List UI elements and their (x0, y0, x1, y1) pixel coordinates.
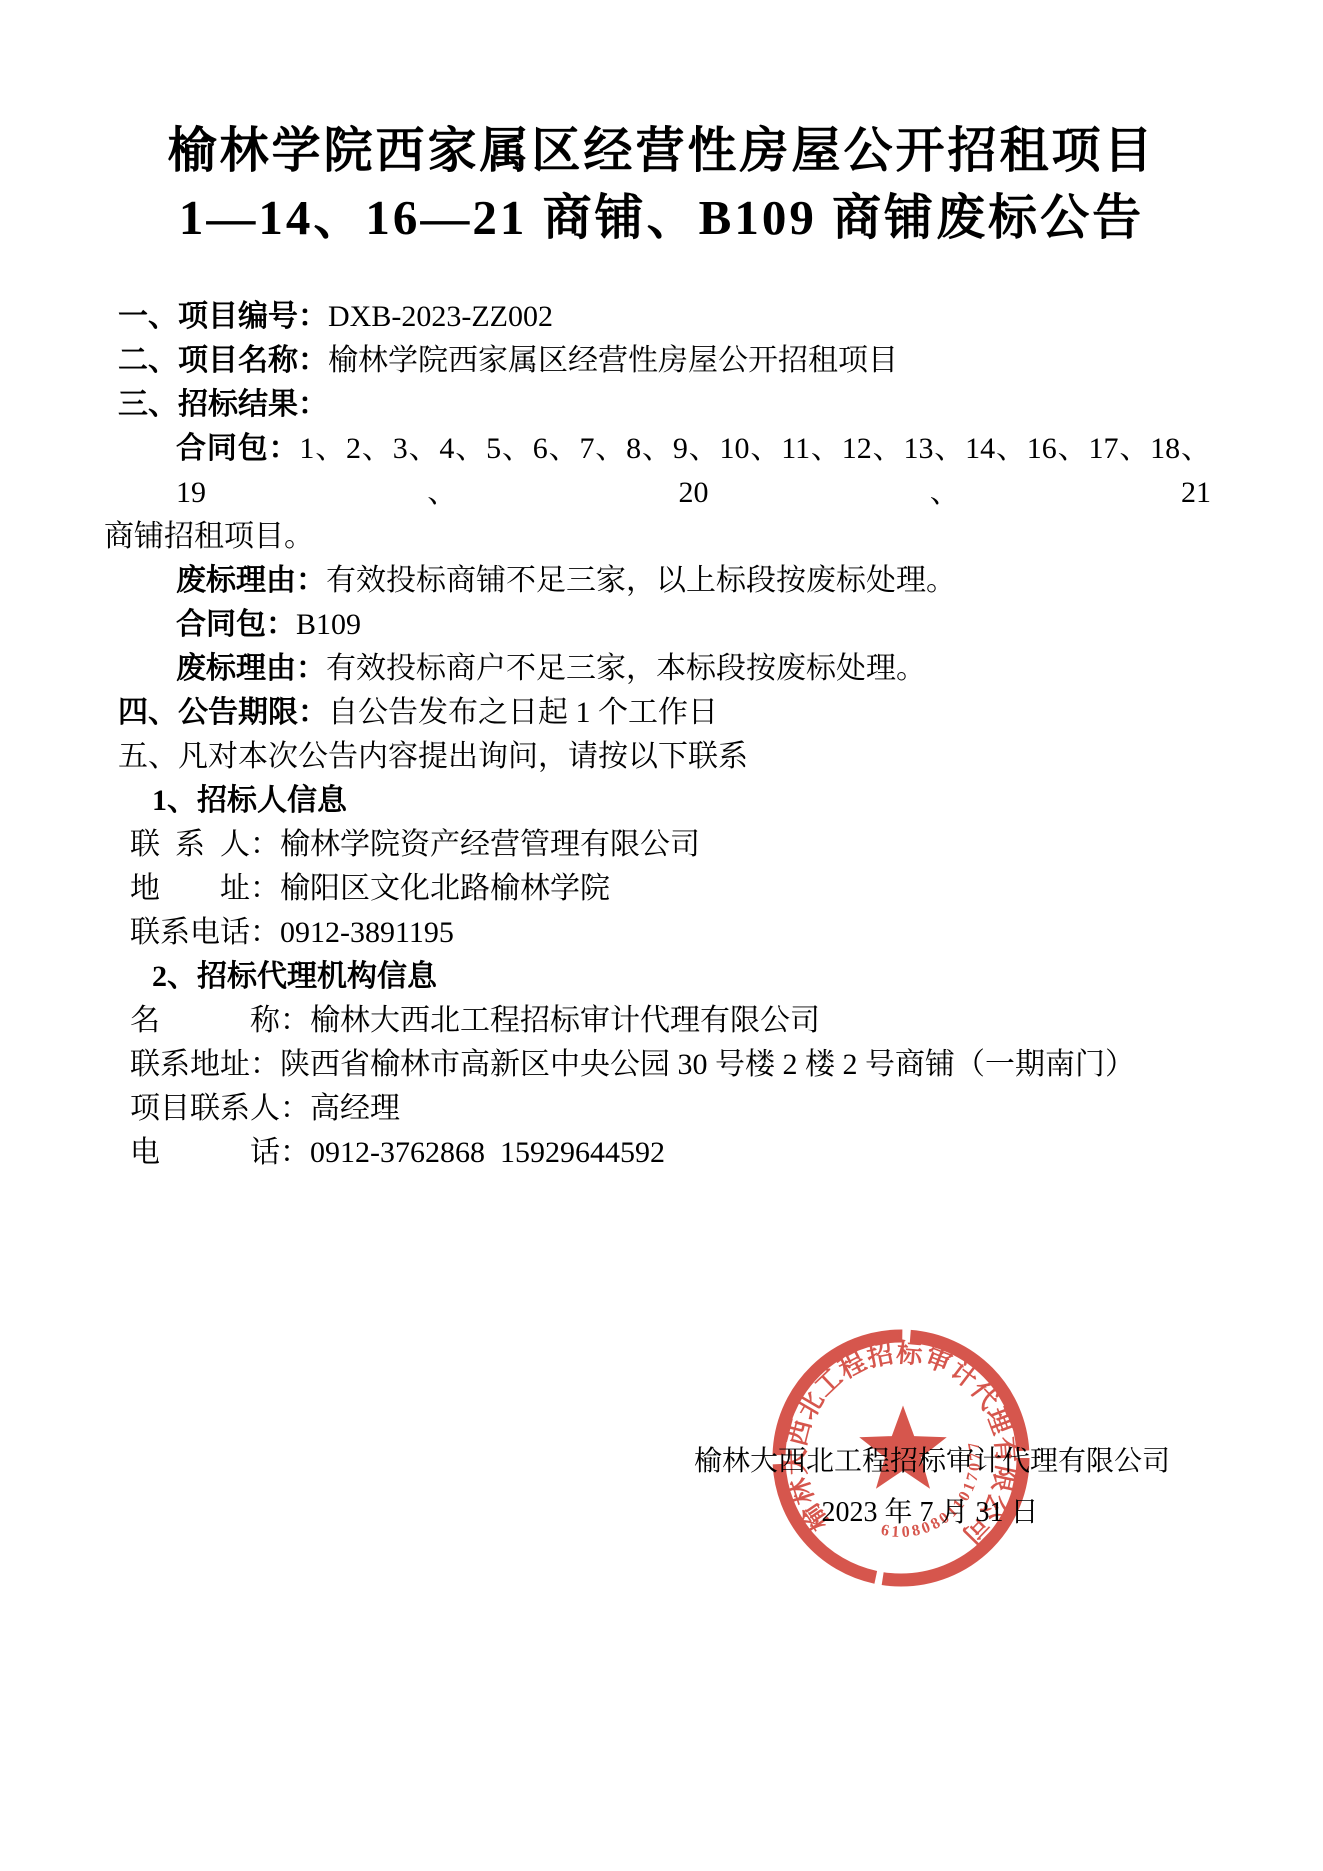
line-label: 联 系 人： (130, 828, 280, 861)
line-value: 商铺招租项目。 (104, 520, 314, 553)
line-contact-person: 联 系 人：榆林学院资产经营管理有限公司 (104, 823, 1211, 867)
line-label: 四、公告期限： (118, 696, 328, 729)
line-agency-contact-person: 项目联系人：高经理 (104, 1087, 1211, 1131)
line-value: 0912-3891195 (280, 916, 454, 949)
line-value: B109 (296, 608, 361, 641)
document-body: 一、项目编号：DXB-2023-ZZ002 二、项目名称：榆林学院西家属区经营性… (104, 295, 1211, 1175)
line-label: 合同包： (176, 608, 296, 641)
line-label: 1、招标人信息 (152, 784, 347, 817)
line-label: 三、招标结果： (118, 388, 328, 421)
line-inquiry-contact-heading: 五、凡对本次公告内容提出询问，请按以下联系 (104, 735, 1211, 779)
line-label: 一、项目编号： (118, 300, 328, 333)
line-contract-packages: 合同包：1、2、3、4、5、6、7、8、9、10、11、12、13、14、16、… (104, 427, 1211, 515)
line-project-name: 二、项目名称：榆林学院西家属区经营性房屋公开招租项目 (104, 339, 1211, 383)
line-value: 自公告发布之日起 1 个工作日 (328, 696, 718, 729)
line-agency-name: 名 称：榆林大西北工程招标审计代理有限公司 (104, 999, 1211, 1043)
line-agency-address: 联系地址：陕西省榆林市高新区中央公园 30 号楼 2 楼 2 号商铺（一期南门） (104, 1043, 1211, 1087)
line-cancel-reason-2: 废标理由：有效投标商户不足三家，本标段按废标处理。 (104, 647, 1211, 691)
line-label: 联系电话： (130, 916, 280, 949)
line-label: 名 称： (130, 1004, 310, 1037)
line-tenderer-info-heading: 1、招标人信息 (104, 779, 1211, 823)
seal-star-icon (859, 1406, 947, 1489)
line-label: 五、凡对本次公告内容提出询问，请按以下联系 (118, 740, 748, 773)
line-agency-info-heading: 2、招标代理机构信息 (104, 955, 1211, 999)
line-value: 有效投标商户不足三家，本标段按废标处理。 (326, 652, 926, 685)
line-bid-result-heading: 三、招标结果： (104, 383, 1211, 427)
line-contact-phone: 联系电话：0912-3891195 (104, 911, 1211, 955)
line-label: 废标理由： (176, 564, 326, 597)
title-line-2: 1—14、16—21 商铺、B109 商铺废标公告 (179, 190, 1144, 245)
line-announcement-period: 四、公告期限：自公告发布之日起 1 个工作日 (104, 691, 1211, 735)
title-line-1: 榆林学院西家属区经营性房屋公开招租项目 (167, 123, 1155, 178)
line-label: 地 址： (130, 872, 280, 905)
line-label: 2、招标代理机构信息 (152, 960, 437, 993)
line-label: 电 话： (130, 1136, 310, 1169)
line-label: 联系地址： (130, 1048, 280, 1081)
line-cancel-reason-1: 废标理由：有效投标商铺不足三家，以上标段按废标处理。 (104, 559, 1211, 603)
line-project-number: 一、项目编号：DXB-2023-ZZ002 (104, 295, 1211, 339)
line-contract-packages-cont: 商铺招租项目。 (104, 515, 1211, 559)
line-value: DXB-2023-ZZ002 (328, 300, 553, 333)
line-label: 项目联系人： (130, 1092, 310, 1125)
line-address: 地 址：榆阳区文化北路榆林学院 (104, 867, 1211, 911)
line-value: 榆林学院资产经营管理有限公司 (280, 828, 700, 861)
line-value: 榆林大西北工程招标审计代理有限公司 (310, 1004, 820, 1037)
line-value: 陕西省榆林市高新区中央公园 30 号楼 2 楼 2 号商铺（一期南门） (280, 1048, 1135, 1081)
line-agency-phone: 电 话：0912-3762868 15929644592 (104, 1131, 1211, 1175)
line-contract-package-b109: 合同包：B109 (104, 603, 1211, 647)
line-value: 有效投标商铺不足三家，以上标段按废标处理。 (326, 564, 956, 597)
line-value: 1、2、3、4、5、6、7、8、9、10、11、12、13、14、16、17、1… (176, 432, 1211, 509)
line-value: 榆阳区文化北路榆林学院 (280, 872, 610, 905)
document-title: 榆林学院西家属区经营性房屋公开招租项目 1—14、16—21 商铺、B109 商… (60, 117, 1263, 251)
announcement-document: 榆林学院西家属区经营性房屋公开招租项目 1—14、16—21 商铺、B109 商… (0, 0, 1323, 1871)
line-value: 高经理 (310, 1092, 400, 1125)
line-value: 榆林学院西家属区经营性房屋公开招租项目 (328, 344, 898, 377)
company-seal-stamp: 榆林大西北工程招标审计代理有限公司 610808011017077 (765, 1322, 1037, 1594)
line-label: 废标理由： (176, 652, 326, 685)
line-label: 合同包： (176, 432, 299, 465)
line-label: 二、项目名称： (118, 344, 328, 377)
line-value: 0912-3762868 15929644592 (310, 1136, 665, 1169)
